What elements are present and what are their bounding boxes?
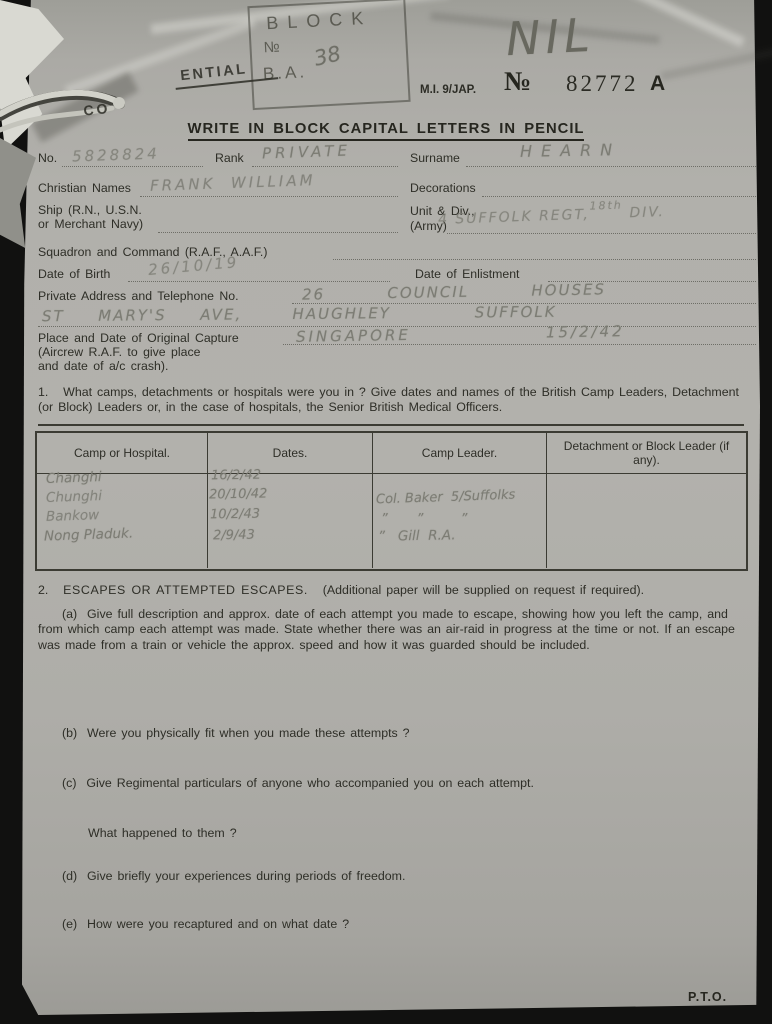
dotted-line (62, 166, 203, 167)
question-2e: (e) How were you recaptured and on what … (62, 917, 712, 932)
question-1-number: 1. (38, 385, 48, 399)
question-2d: (d) Give briefly your experiences during… (62, 869, 712, 884)
camp-entry: Nong Pladuk. (44, 525, 134, 544)
serial-number: 82772 (566, 71, 639, 97)
dotted-line (158, 232, 398, 233)
question-2d-text: Give briefly your experiences during per… (87, 869, 405, 883)
form-reference: M.I. 9/JAP. (420, 84, 476, 96)
question-1: 1. What camps, detachments or hospitals … (38, 385, 756, 416)
question-2c-label: (c) (62, 776, 76, 790)
date-entry: 10/2/43 (210, 507, 260, 523)
question-2e-text: How were you recaptured and on what date… (87, 917, 349, 931)
question-2a-label: (a) (62, 607, 77, 621)
unit-div-value-superscript: 18th (589, 199, 623, 213)
question-2a-text: Give full description and approx. date o… (38, 607, 735, 652)
dotted-line (482, 196, 756, 197)
dotted-line (128, 281, 390, 282)
date-entry: 16/2/42 (211, 468, 261, 484)
nil-annotation: NIL (505, 8, 596, 67)
question-2c-text: Give Regimental particulars of anyone wh… (86, 776, 534, 790)
dotted-line (252, 166, 398, 167)
question-2c-followup-text: What happened to them ? (88, 826, 237, 840)
dotted-line (333, 259, 756, 260)
question-2a: (a) Give full description and approx. da… (38, 607, 756, 653)
leader-entry: ” Gill R.A. (378, 527, 456, 544)
date-of-birth-label: Date of Birth (38, 267, 110, 281)
decorations-label: Decorations (410, 181, 476, 195)
date-of-enlistment-label: Date of Enlistment (415, 267, 519, 281)
pto-label: P.T.O. (688, 990, 727, 1004)
date-entry: 20/10/42 (209, 486, 268, 502)
column-header-camp: Camp or Hospital. (37, 433, 208, 473)
form-title: WRITE IN BLOCK CAPITAL LETTERS IN PENCIL (188, 121, 585, 141)
stamp-block-word: BLOCK (266, 6, 405, 34)
date-entry: 2/9/43 (213, 528, 255, 544)
ship-label-line2: or Merchant Navy) (38, 217, 143, 231)
question-2b-label: (b) (62, 726, 77, 740)
dotted-line (447, 233, 756, 234)
camp-entry: Changhi (46, 469, 102, 487)
leader-entry-ditto: ” ” ” (381, 512, 467, 527)
capture-label-line2: (Aircrew R.A.F. to give place (38, 345, 200, 359)
capture-label-line1: Place and Date of Original Capture (38, 331, 239, 345)
surname-field-label: Surname (410, 151, 460, 165)
question-1-text: What camps, detachments or hospitals wer… (38, 385, 739, 414)
question-2-heading: 2. ESCAPES OR ATTEMPTED ESCAPES. (Additi… (38, 583, 754, 598)
camp-entry: Chunghi (46, 488, 103, 506)
title-row: WRITE IN BLOCK CAPITAL LETTERS IN PENCIL (0, 120, 772, 141)
question-2b: (b) Were you physically fit when you mad… (62, 726, 712, 741)
confidential-fragment-right: ENTIAL (174, 58, 279, 90)
dotted-line (466, 166, 756, 167)
dotted-line (140, 196, 398, 197)
rank-field-label: Rank (215, 151, 244, 165)
christian-names-label: Christian Names (38, 181, 131, 195)
table-top-rule (38, 424, 744, 426)
question-2d-label: (d) (62, 869, 77, 883)
camp-entry: Bankow (46, 507, 100, 525)
rank-field-value: PRIVATE (262, 141, 352, 162)
surname-field-value: HEARN (520, 140, 621, 161)
no-symbol: № (504, 66, 531, 97)
series-letter: A (650, 72, 665, 96)
column-header-dates: Dates. (208, 433, 373, 473)
question-2-title: ESCAPES OR ATTEMPTED ESCAPES. (63, 583, 308, 597)
no-field-label: No. (38, 151, 57, 165)
table-column-block-leader (547, 474, 746, 568)
question-2-number: 2. (38, 583, 48, 597)
question-2b-text: Were you physically fit when you made th… (87, 726, 410, 740)
ship-label-line1: Ship (R.N., U.S.N. (38, 203, 142, 217)
question-2c: (c) Give Regimental particulars of anyon… (62, 776, 712, 791)
address-label: Private Address and Telephone No. (38, 289, 239, 303)
confidential-fragment-left: CO (83, 100, 112, 119)
question-2c-followup: What happened to them ? (88, 826, 688, 841)
column-header-leader: Camp Leader. (373, 433, 547, 473)
camps-table-header: Camp or Hospital. Dates. Camp Leader. De… (37, 433, 746, 474)
column-header-block-leader: Detachment or Block Leader (if any). (547, 433, 746, 473)
question-2-note: (Additional paper will be supplied on re… (323, 583, 644, 597)
unit-div-value-end: DIV. (623, 204, 665, 221)
scanned-pow-questionnaire: BLOCK № 38 B.A. NIL CO ENTIAL M.I. 9/JAP… (0, 0, 772, 1024)
question-2e-label: (e) (62, 917, 77, 931)
capture-label-line3: and date of a/c crash). (38, 359, 168, 373)
no-field-value: 5828824 (72, 144, 160, 165)
